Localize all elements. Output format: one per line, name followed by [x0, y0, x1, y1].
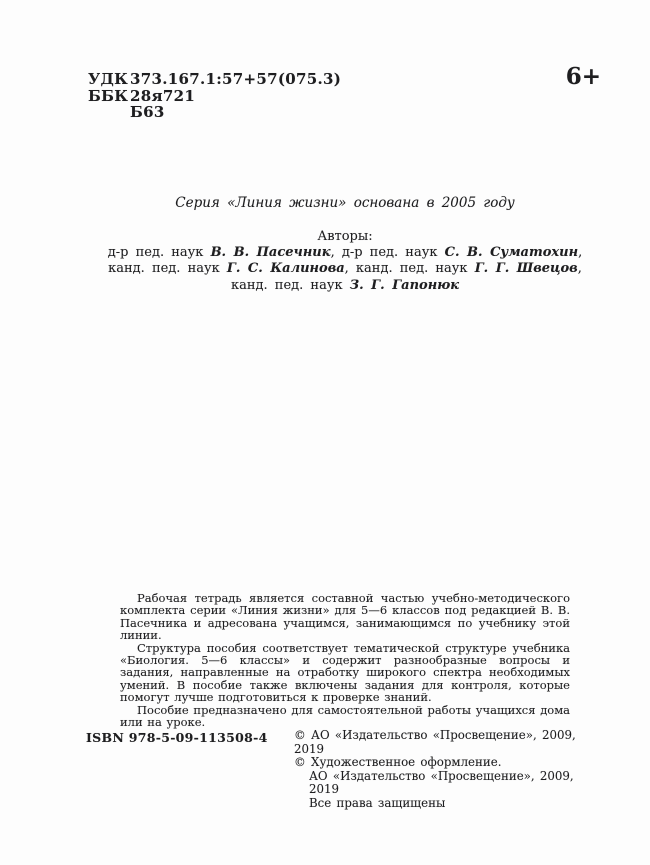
copyright-line: АО «Издательство «Просвещение», 2009, 20…: [294, 770, 594, 797]
copyright-block: © АО «Издательство «Просвещение», 2009, …: [294, 729, 594, 810]
author-name: Г. С. Калинова: [227, 261, 345, 276]
annotation-paragraph: Структура пособия соответствует тематиче…: [120, 642, 570, 704]
author-degree-text: ,: [578, 261, 582, 276]
author-name: В. В. Пасечник: [211, 245, 331, 260]
author-degree-text: д-р пед. наук: [108, 245, 211, 260]
authors-line: канд. пед. наук Г. С. Калинова, канд. пе…: [30, 261, 650, 277]
authors-block: Авторы: д-р пед. наук В. В. Пасечник, д-…: [30, 229, 650, 294]
classification-block: УДК 373.167.1:57+57(075.3) ББК 28я721 Б6…: [88, 71, 341, 121]
udk-row: УДК 373.167.1:57+57(075.3): [88, 71, 341, 88]
bbk-label: ББК: [88, 88, 130, 105]
annotation-block: Рабочая тетрадь является составной часть…: [120, 592, 570, 728]
series-note: Серия «Линия жизни» основана в 2005 году: [50, 195, 640, 211]
copyright-line: Все права защищены: [294, 797, 594, 811]
author-degree-text: канд. пед. наук: [108, 261, 227, 276]
age-rating-badge: 6+: [566, 63, 601, 90]
author-degree-text: , д-р пед. наук: [331, 245, 445, 260]
author-name: С. В. Суматохин: [445, 245, 578, 260]
author-name: Г. Г. Швецов: [475, 261, 578, 276]
author-degree-text: канд. пед. наук: [231, 278, 350, 293]
book-imprint-page: УДК 373.167.1:57+57(075.3) ББК 28я721 Б6…: [0, 0, 650, 865]
author-degree-text: , канд. пед. наук: [345, 261, 475, 276]
author-sign-row: Б63: [88, 104, 341, 121]
udk-value: 373.167.1:57+57(075.3): [130, 71, 341, 88]
udk-label: УДК: [88, 71, 130, 88]
author-name: З. Г. Гапонюк: [350, 278, 459, 293]
author-sign: Б63: [130, 104, 165, 121]
copyright-line: © АО «Издательство «Просвещение», 2009, …: [294, 729, 594, 756]
bbk-value: 28я721: [130, 88, 195, 105]
authors-line: д-р пед. наук В. В. Пасечник, д-р пед. н…: [30, 245, 650, 261]
bbk-row: ББК 28я721: [88, 88, 341, 105]
authors-line: канд. пед. наук З. Г. Гапонюк: [30, 278, 650, 294]
annotation-paragraph: Пособие предназначено для самостоятельно…: [120, 704, 570, 729]
copyright-line: © Художественное оформление.: [294, 756, 594, 770]
author-degree-text: ,: [578, 245, 582, 260]
isbn: ISBN 978-5-09-113508-4: [86, 730, 268, 745]
author-sign-spacer: [88, 104, 130, 121]
authors-heading: Авторы:: [30, 229, 650, 245]
annotation-paragraph: Рабочая тетрадь является составной часть…: [120, 592, 570, 642]
authors-lines: д-р пед. наук В. В. Пасечник, д-р пед. н…: [30, 245, 650, 294]
